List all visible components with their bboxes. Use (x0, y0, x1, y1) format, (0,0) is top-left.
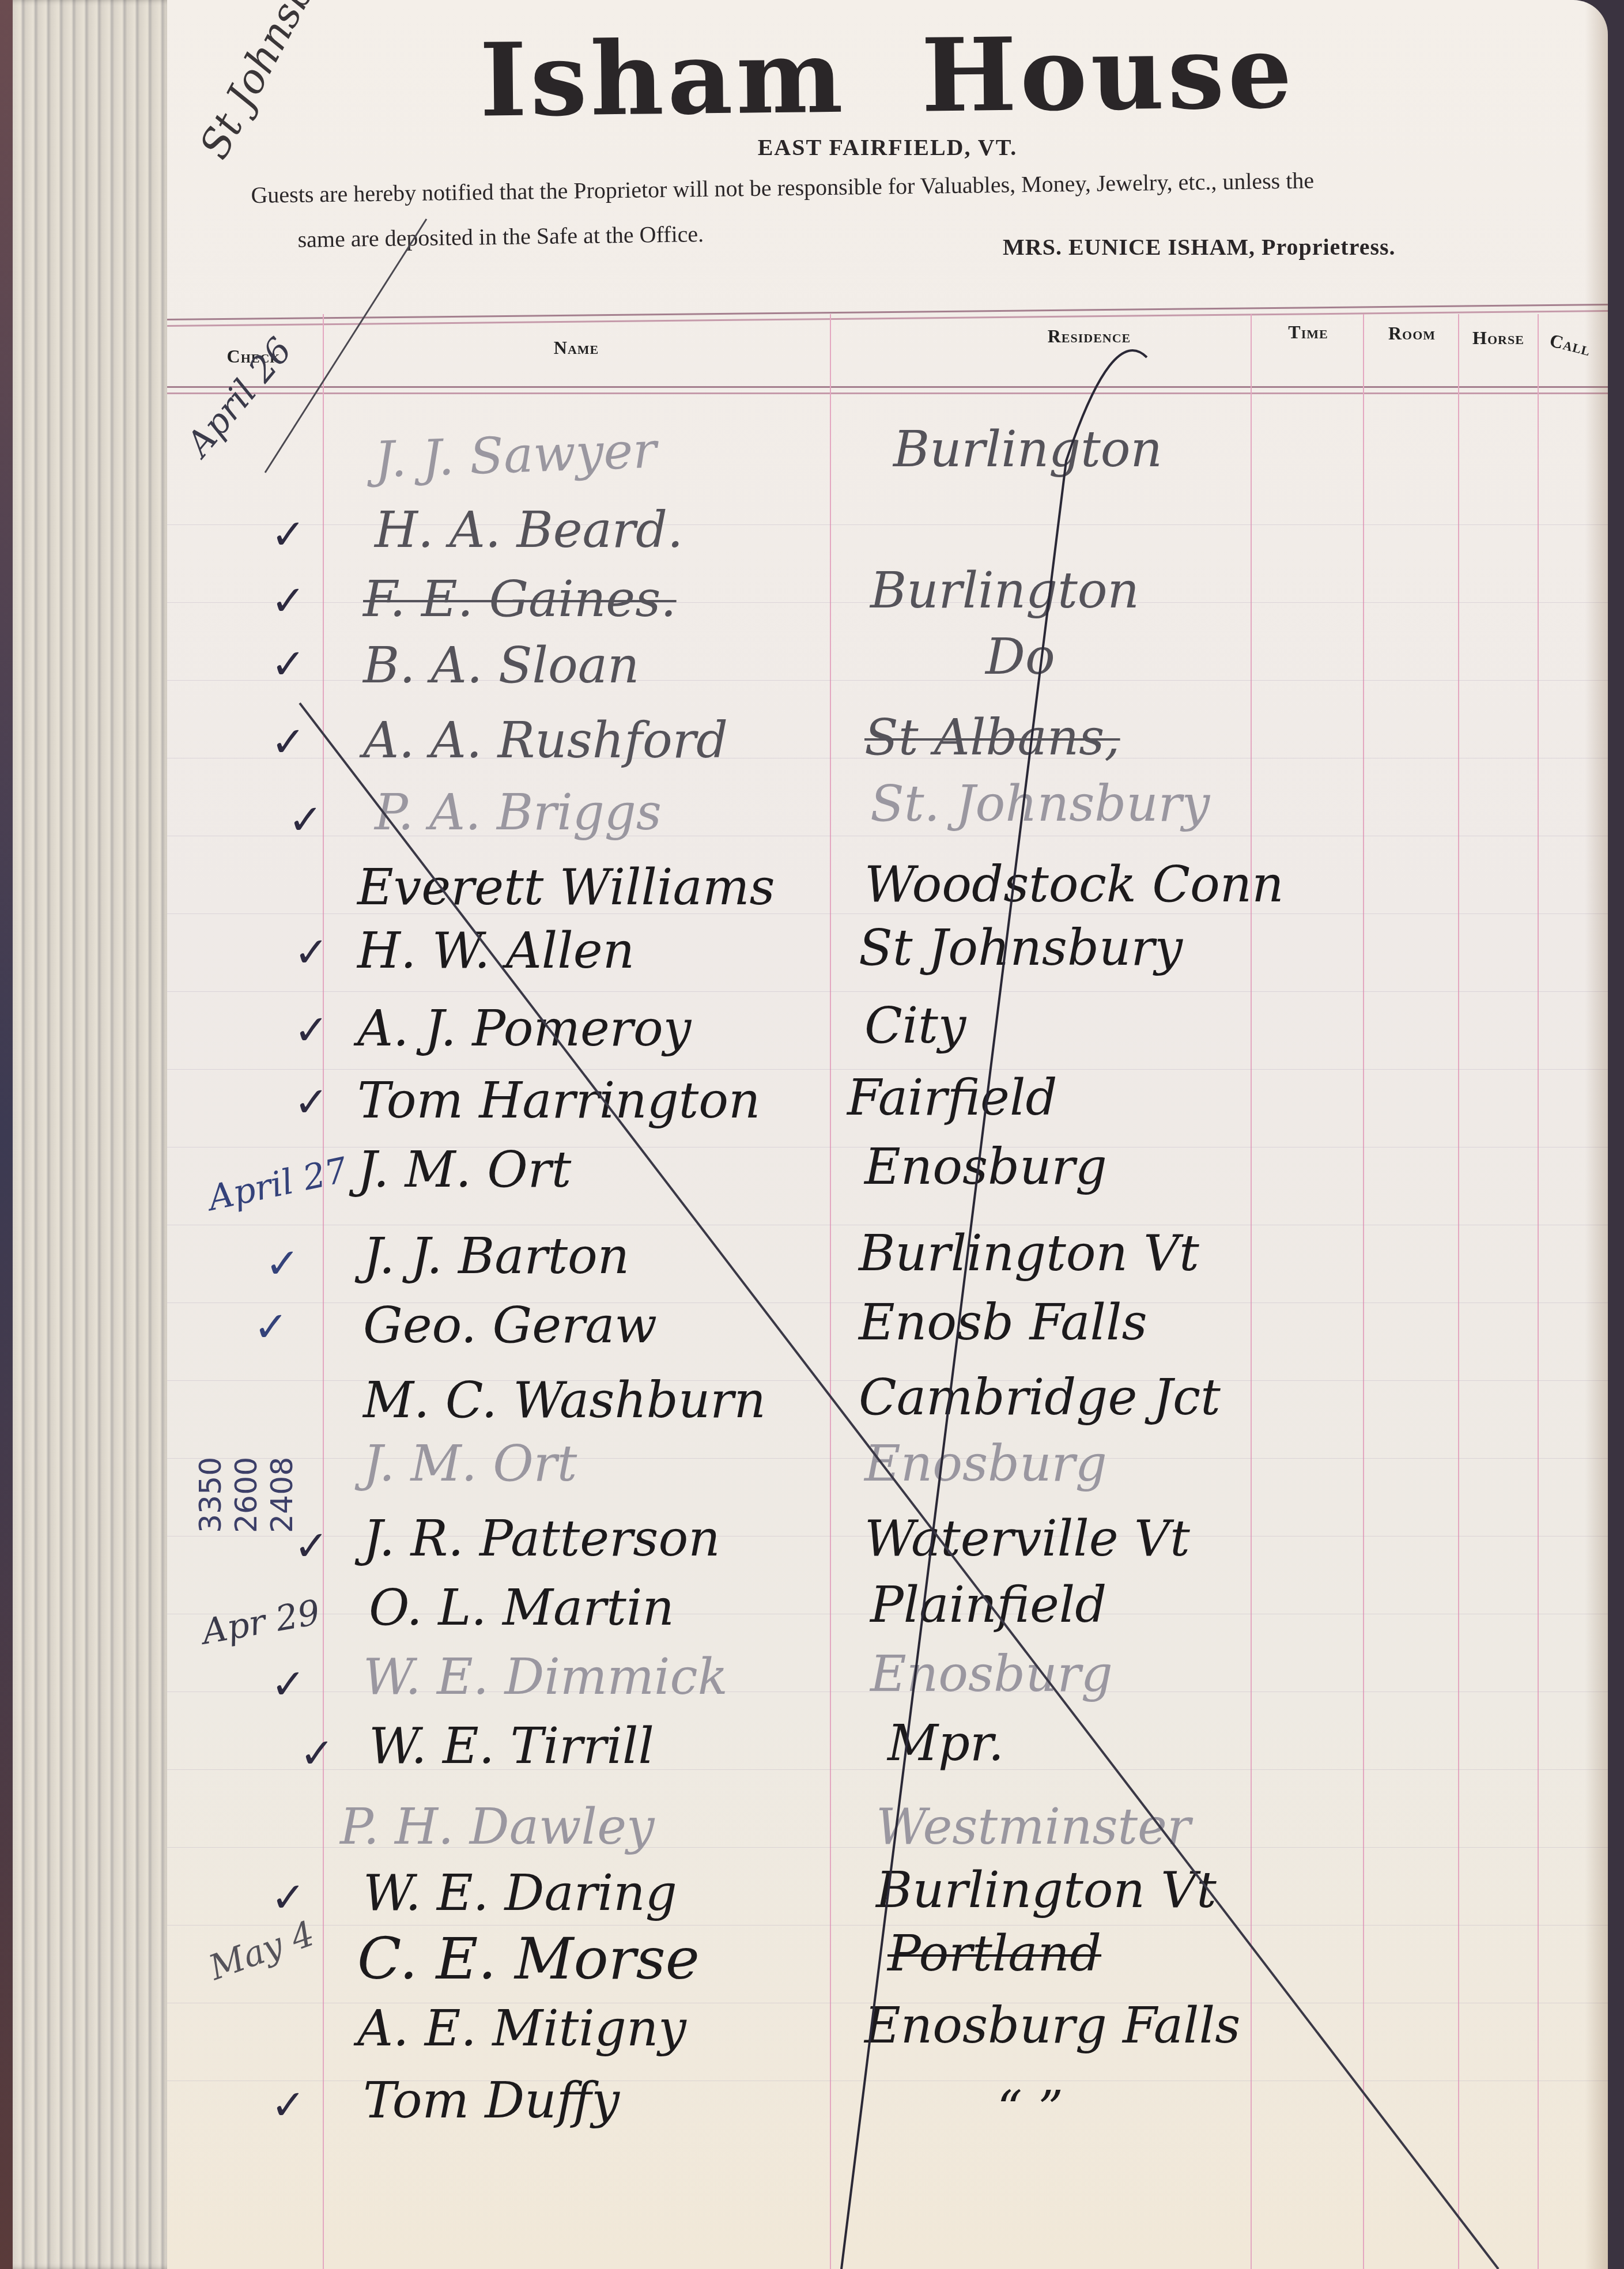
register-page: IshamHouse EAST FAIRFIELD, VT. Guests ar… (167, 0, 1608, 2269)
cross-out-lines (167, 0, 1608, 2269)
page-edge-shadow (1585, 0, 1608, 2269)
book-cover-edge (0, 0, 13, 2269)
book-page-edges (0, 0, 173, 2269)
